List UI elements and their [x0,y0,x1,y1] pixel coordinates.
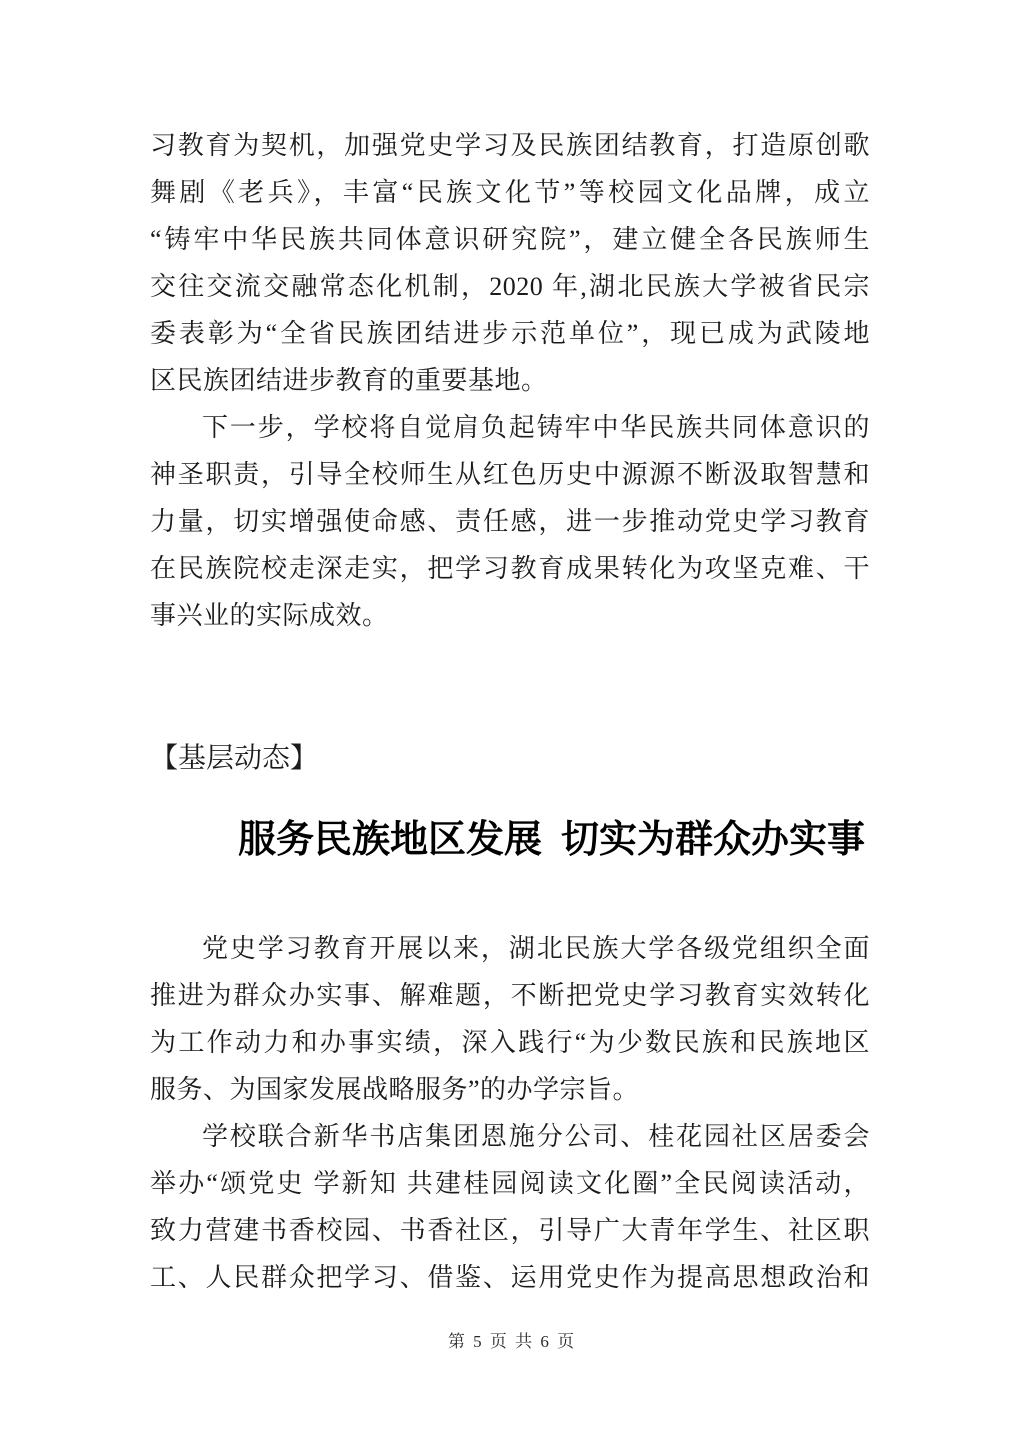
page-footer: 第 5 页 共 6 页 [0,1330,1024,1354]
text-line: 举办“颂党史 学新知 共建桂园阅读文化圈”全民阅读活动， [150,1160,870,1207]
text-line: 下一步，学校将自觉肩负起铸牢中华民族共同体意识的 [150,404,870,451]
paragraph: 下一步，学校将自觉肩负起铸牢中华民族共同体意识的 神圣职责，引导全校师生从红色历… [150,404,870,639]
text-line: 力量，切实增强使命感、责任感，进一步推动党史学习教育 [150,498,870,545]
paragraph: 习教育为契机，加强党史学习及民族团结教育，打造原创歌 舞剧《老兵》，丰富“民族文… [150,122,870,404]
text-line: 工、人民群众把学习、借鉴、运用党史作为提高思想政治和 [150,1254,870,1301]
text-line: 党史学习教育开展以来，湖北民族大学各级党组织全面 [150,925,870,972]
text-line: 为工作动力和办事实绩，深入践行“为少数民族和民族地区 [150,1019,870,1066]
text-line: 委表彰为“全省民族团结进步示范单位”，现已成为武陵地 [150,310,870,357]
text-line: 区民族团结进步教育的重要基地。 [150,357,870,404]
document-page: 习教育为契机，加强党史学习及民族团结教育，打造原创歌 舞剧《老兵》，丰富“民族文… [0,0,1024,1447]
paragraph: 学校联合新华书店集团恩施分公司、桂花园社区居委会 举办“颂党史 学新知 共建桂园… [150,1113,870,1301]
text-line: 服务、为国家发展战略服务”的办学宗旨。 [150,1066,870,1113]
section-label: 【基层动态】 [150,735,870,782]
text-line: 致力营建书香校园、书香社区，引导广大青年学生、社区职 [150,1207,870,1254]
text-line: “铸牢中华民族共同体意识研究院”，建立健全各民族师生 [150,216,870,263]
text-line: 在民族院校走深走实，把学习教育成果转化为攻坚克难、干 [150,545,870,592]
text-line: 习教育为契机，加强党史学习及民族团结教育，打造原创歌 [150,122,870,169]
text-line: 神圣职责，引导全校师生从红色历史中源源不断汲取智慧和 [150,451,870,498]
paragraph: 党史学习教育开展以来，湖北民族大学各级党组织全面 推进为群众办实事、解难题，不断… [150,925,870,1113]
article-title: 服务民族地区发展 切实为群众办实事 [238,815,870,865]
text-line: 学校联合新华书店集团恩施分公司、桂花园社区居委会 [150,1113,870,1160]
text-line: 舞剧《老兵》，丰富“民族文化节”等校园文化品牌，成立 [150,169,870,216]
document-body: 习教育为契机，加强党史学习及民族团结教育，打造原创歌 舞剧《老兵》，丰富“民族文… [150,122,870,1301]
text-line: 交往交流交融常态化机制，2020 年,湖北民族大学被省民宗 [150,263,870,310]
page-number: 第 5 页 共 6 页 [448,1332,576,1351]
text-line: 事兴业的实际成效。 [150,592,870,639]
text-line: 推进为群众办实事、解难题，不断把党史学习教育实效转化 [150,972,870,1019]
